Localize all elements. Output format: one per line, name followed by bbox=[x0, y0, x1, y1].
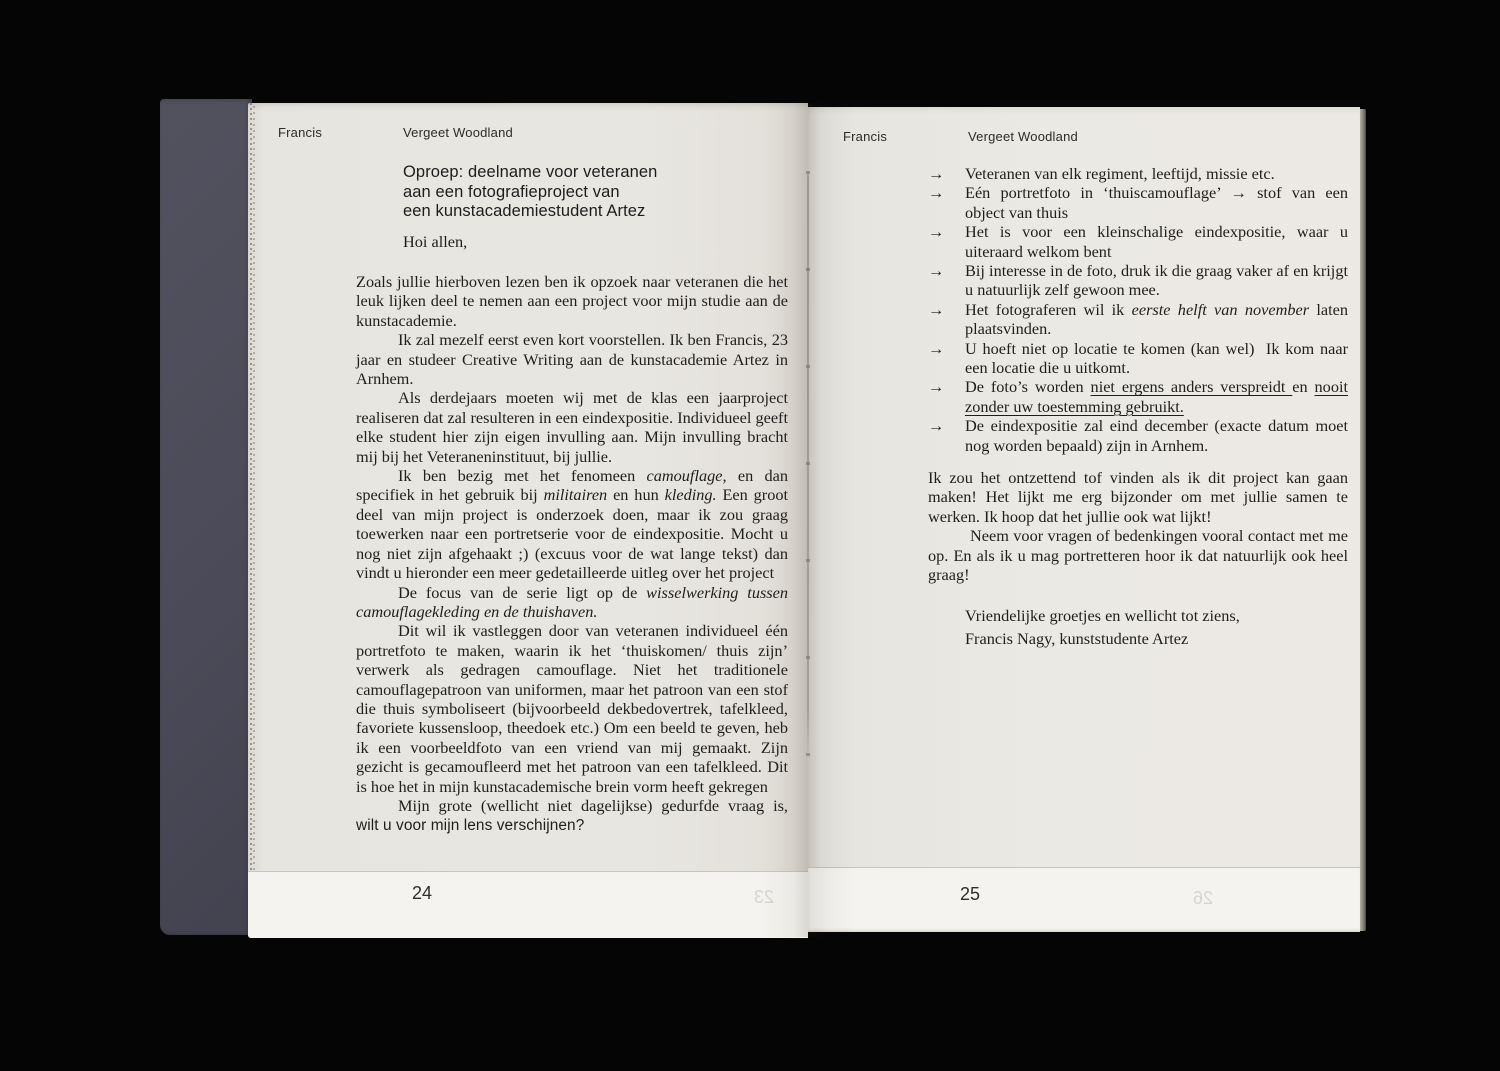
bullet-item: →Bij interesse in de foto, druk ik die g… bbox=[928, 261, 1348, 300]
paragraph: Ik ben bezig met het fenomeen camouflage… bbox=[356, 466, 788, 582]
bullet-text: Veteranen van elk regiment, leeftijd, mi… bbox=[965, 164, 1275, 183]
text-run: U hoeft niet op locatie te komen (kan we… bbox=[965, 339, 1348, 377]
bullet-text: De eindexpositie zal eind december (exac… bbox=[965, 416, 1348, 454]
text-run: en bbox=[1292, 377, 1314, 396]
text-run: kleding. bbox=[665, 485, 717, 504]
bullet-text: De foto’s worden niet ergens anders vers… bbox=[965, 377, 1348, 415]
paragraph: Als derdejaars moeten wij met de klas ee… bbox=[356, 388, 788, 466]
arrow-icon: → bbox=[928, 416, 944, 435]
bullet-item: →De eindexpositie zal eind december (exa… bbox=[928, 416, 1348, 455]
text-run: militairen bbox=[544, 485, 608, 504]
running-header-title: Vergeet Woodland bbox=[968, 129, 1078, 144]
text-run: Dit wil ik vastleggen door van veteranen… bbox=[356, 621, 788, 795]
show-through-page-number: 23 bbox=[754, 886, 774, 908]
bullet-item: →Eén portretfoto in ‘thuiscamouflage’ → … bbox=[928, 183, 1348, 222]
fore-edge-band bbox=[808, 867, 1360, 932]
arrow-icon: → bbox=[928, 183, 944, 202]
paragraph: wilt u voor mijn lens verschijnen? bbox=[356, 815, 788, 835]
paragraph: Neem voor vragen of bedenkingen vooral c… bbox=[928, 526, 1348, 584]
book-cover-spine bbox=[160, 99, 252, 935]
salutation: Hoi allen, bbox=[403, 232, 467, 252]
text-run: wilt u voor mijn lens verschijnen? bbox=[356, 817, 584, 834]
text-line: een kunstacademiestudent Artez bbox=[403, 202, 657, 222]
text-run: Als derdejaars moeten wij met de klas ee… bbox=[356, 388, 788, 465]
left-page: Francis Vergeet Woodland Oproep: deelnam… bbox=[248, 103, 808, 938]
right-page: Francis Vergeet Woodland →Veteranen van … bbox=[808, 107, 1360, 932]
paragraph: Ik zou het ontzettend tof vinden als ik … bbox=[928, 468, 1348, 526]
arrow-icon: → bbox=[928, 339, 944, 358]
bullet-item: →Het is voor een kleinschalige eindexpos… bbox=[928, 222, 1348, 261]
bullet-text: Eén portretfoto in ‘thuiscamouflage’ → s… bbox=[965, 183, 1348, 221]
bullet-item: →Veteranen van elk regiment, leeftijd, m… bbox=[928, 164, 1348, 183]
text-run: Mijn grote (wellicht niet dagelijkse) ge… bbox=[398, 796, 788, 815]
running-header-title: Vergeet Woodland bbox=[403, 125, 513, 140]
text-run: Ik zou het ontzettend tof vinden als ik … bbox=[928, 468, 1348, 526]
arrow-icon: → bbox=[928, 261, 944, 280]
letter-body: Zoals jullie hierboven lezen ben ik opzo… bbox=[356, 272, 788, 836]
paragraph: Mijn grote (wellicht niet dagelijkse) ge… bbox=[356, 796, 788, 815]
text-run: Eén portretfoto in ‘thuiscamouflage’ → s… bbox=[965, 183, 1348, 221]
page-number: 25 bbox=[960, 883, 980, 905]
bullet-item: →Het fotograferen wil ik eerste helft va… bbox=[928, 300, 1348, 339]
text-run: Ik zal mezelf eerst even kort voorstelle… bbox=[356, 330, 788, 388]
page-number: 24 bbox=[412, 882, 432, 904]
show-through-page-number: 26 bbox=[1193, 887, 1213, 909]
text-line: aan een fotografieproject van bbox=[403, 183, 657, 203]
text-run: Het fotograferen wil ik bbox=[965, 300, 1132, 319]
signoff: Vriendelijke groetjes en wellicht tot zi… bbox=[965, 604, 1240, 650]
arrow-icon: → bbox=[928, 300, 944, 319]
text-line: Vriendelijke groetjes en wellicht tot zi… bbox=[965, 604, 1240, 627]
text-run: eerste helft van november bbox=[1132, 300, 1309, 319]
bullet-text: Het is voor een kleinschalige eindexposi… bbox=[965, 222, 1348, 260]
text-run: niet ergens anders verspreidt bbox=[1091, 377, 1293, 396]
paragraph: Zoals jullie hierboven lezen ben ik opzo… bbox=[356, 272, 788, 330]
text-run: Neem voor vragen of bedenkingen vooral c… bbox=[928, 526, 1348, 584]
book-spread: Francis Vergeet Woodland Oproep: deelnam… bbox=[160, 99, 1368, 939]
text-run: camouflage, bbox=[647, 466, 727, 485]
text-run: De foto’s worden bbox=[965, 377, 1091, 396]
bullet-item: →De foto’s worden niet ergens anders ver… bbox=[928, 377, 1348, 416]
bullet-item: →U hoeft niet op locatie te komen (kan w… bbox=[928, 339, 1348, 378]
text-run: De eindexpositie zal eind december (exac… bbox=[965, 416, 1348, 454]
arrow-icon: → bbox=[928, 377, 944, 396]
text-line: Oproep: deelname voor veteranen bbox=[403, 163, 657, 183]
paragraph: Dit wil ik vastleggen door van veteranen… bbox=[356, 621, 788, 796]
running-header-author: Francis bbox=[278, 125, 322, 140]
bullet-text: U hoeft niet op locatie te komen (kan we… bbox=[965, 339, 1348, 377]
text-run: Veteranen van elk regiment, leeftijd, mi… bbox=[965, 164, 1275, 183]
announcement-heading: Oproep: deelname voor veteranenaan een f… bbox=[403, 163, 657, 222]
running-header-author: Francis bbox=[843, 129, 887, 144]
text-run: Bij interesse in de foto, druk ik die gr… bbox=[965, 261, 1348, 299]
text-line: Francis Nagy, kunststudente Artez bbox=[965, 627, 1240, 650]
bullet-text: Het fotograferen wil ik eerste helft van… bbox=[965, 300, 1348, 338]
arrow-bullet-list: →Veteranen van elk regiment, leeftijd, m… bbox=[928, 164, 1348, 455]
text-run: en hun bbox=[607, 485, 664, 504]
photo-background: { "palette": { "background": "#050505", … bbox=[0, 0, 1500, 1071]
arrow-icon: → bbox=[928, 222, 944, 241]
text-run: Het is voor een kleinschalige eindexposi… bbox=[965, 222, 1348, 260]
text-run: Zoals jullie hierboven lezen ben ik opzo… bbox=[356, 272, 788, 330]
paragraph: De focus van de serie ligt op de wisselw… bbox=[356, 583, 788, 622]
text-run: Ik ben bezig met het fenomeen bbox=[398, 466, 647, 485]
page-stack-edge bbox=[1360, 109, 1366, 931]
fore-edge-band bbox=[248, 871, 808, 938]
text-run: De focus van de serie ligt op de bbox=[398, 583, 646, 602]
paragraph: Ik zal mezelf eerst even kort voorstelle… bbox=[356, 330, 788, 388]
letter-body-continued: Ik zou het ontzettend tof vinden als ik … bbox=[928, 468, 1348, 584]
binding-stitch-thread bbox=[807, 171, 809, 756]
binding-perforation bbox=[249, 103, 257, 872]
arrow-icon: → bbox=[928, 164, 944, 183]
bullet-text: Bij interesse in de foto, druk ik die gr… bbox=[965, 261, 1348, 299]
